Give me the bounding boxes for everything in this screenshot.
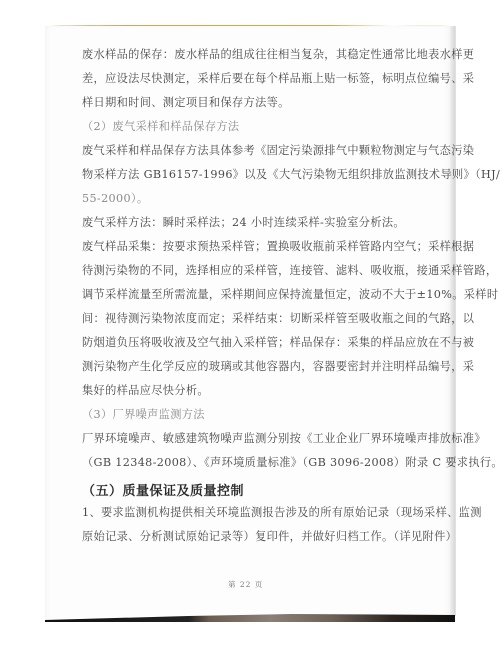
paragraph-line: 样日期和时间、测定项目和保存方法等。 — [82, 96, 442, 110]
paragraph-line: 集好的样品应尽快分析。 — [82, 384, 442, 398]
subsection-title: （2）废气采样和样品保存方法 — [82, 120, 442, 134]
section-heading: （五）质量保证及质量控制 — [82, 480, 244, 499]
page-number: 第 22 页 — [228, 579, 263, 590]
paragraph-line: 待测污染物的不同，选择相应的采样管，连接管、滤料、吸收瓶，接通采样管路， — [82, 264, 442, 278]
paragraph-line: 55-2000）。 — [82, 192, 442, 206]
paragraph-line: 调节采样流量至所需流量，采样期间应保持流量恒定，波动不大于±10%。采样时 — [82, 288, 442, 302]
paragraph-line: （GB 12348-2008）、《声环境质量标准》（GB 3096-2008）附… — [82, 456, 442, 470]
paragraph-line: 1、要求监测机构提供相关环境监测报告涉及的所有原始记录（现场采样、监测 — [82, 506, 442, 520]
subsection-title: （3）厂界噪声监测方法 — [82, 408, 442, 422]
paragraph-line: 间：视待测污染物浓度而定；采样结束：切断采样管至吸收瓶之间的气路，以 — [82, 312, 442, 326]
paragraph-line: 物采样方法 GB16157-1996》以及《大气污染物无组织排放监测技术导则》（… — [82, 168, 442, 182]
paragraph-line: 废气样品采集：按要求预热采样管；置换吸收瓶前采样管路内空气；采样根据 — [82, 240, 442, 254]
paragraph-line: 厂界环境噪声、敏感建筑物噪声监测分别按《工业企业厂界环境噪声排放标准》 — [82, 432, 442, 446]
paragraph-line: 防烟道负压将吸收液及空气抽入采样管；样品保存：采集的样品应放在不与被 — [82, 336, 442, 350]
paragraph-line: 测污染物产生化学反应的玻璃或其他容器内，容器要密封并注明样品编号，采 — [82, 360, 442, 374]
paragraph-line: 原始记录、分析测试原始记录等）复印件，并做好归档工作。（详见附件） — [82, 530, 442, 544]
paragraph-line: 废水样品的保存：废水样品的组成往往相当复杂，其稳定性通常比地表水样更 — [82, 48, 442, 62]
paragraph-line: 差，应设法尽快测定，采样后要在每个样品瓶上贴一标签，标明点位编号、采 — [82, 72, 442, 86]
paragraph-line: 废气采样方法：瞬时采样法；24 小时连续采样-实验室分析法。 — [82, 216, 442, 230]
paragraph-line: 废气采样和样品保存方法具体参考《固定污染源排气中颗粒物测定与气态污染 — [82, 144, 442, 158]
